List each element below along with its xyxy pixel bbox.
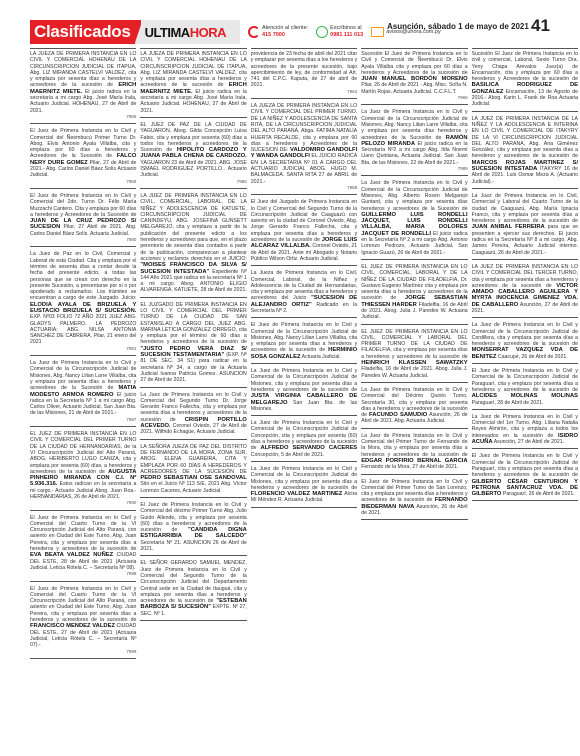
legal-notice: LA JUEZA DE PRIMERA INSTANCIA EN LO CIVI… bbox=[140, 48, 246, 118]
newspaper-logo[interactable]: ULTIMAHORA bbox=[135, 20, 240, 44]
legal-notice: La Juez de Primera Instancia en lo Civil… bbox=[30, 358, 136, 427]
notice-tail: Actuaria Judicial. bbox=[302, 354, 341, 360]
notice-text: LA JUEZA DE PRIMERA INSTANCIA EN LO CIVI… bbox=[251, 103, 357, 153]
legal-notice: El Juez de Primera Instancia en lo Civil… bbox=[30, 584, 136, 659]
legal-notice: La Juez de Primera Instancia en lo Civil… bbox=[361, 385, 467, 429]
legal-notice: El Juez de Primera Instancia en lo Civil… bbox=[30, 191, 136, 247]
notice-text: providencia de 23 fecha de abril del 202… bbox=[251, 51, 357, 88]
notice-tail: Sito en el Juicio Nº 113 S/E, 2021 Abg. … bbox=[140, 481, 246, 493]
notice-tail: Paraguarí, 26 de Abril de 2021. bbox=[503, 491, 575, 497]
legal-notice: La Juez de Primera Instancia en lo Civil… bbox=[361, 107, 467, 176]
notice-text: La Juez de Primera Instancia en lo Civil… bbox=[361, 180, 467, 211]
notice-tail: Filadelfia, 16 de Abril de 2021. Abog. J… bbox=[361, 366, 467, 378]
legal-notice: LA JUEZA DE PRIMERA INSTANCIA EN LO CIVI… bbox=[30, 48, 136, 124]
notice-text: La Juez de Primera Instancia en lo Civil… bbox=[472, 193, 578, 224]
contact-whatsapp-number: 0981 111 013 bbox=[330, 32, 363, 38]
column-2: LA JUEZA DE PRIMERA INSTANCIA EN LO CIVI… bbox=[140, 48, 246, 661]
notice-code: 7980 bbox=[30, 237, 136, 243]
notice-code: 7964 bbox=[251, 89, 357, 95]
notice-text: LA JUEZ DE PRIMERA INSTANCIA EN LO CIVIL… bbox=[140, 193, 246, 262]
notice-text: La Juez de Primera Instancia en lo Civil… bbox=[361, 433, 467, 458]
publication-date: Asunción, sábado 1 de mayo de 2021 bbox=[387, 22, 529, 31]
notice-text: LA JUEZ DE PRIMERA INSTANCIA DE LA NIÑEZ… bbox=[472, 116, 578, 160]
notice-name: ALFREDO SERVANDO CACERES bbox=[260, 445, 357, 451]
notice-tail: Paraguarí, 28 de Abril de 2021. bbox=[472, 400, 544, 406]
notice-code: 7988 bbox=[140, 179, 246, 185]
notice-code: 7989 bbox=[361, 166, 467, 172]
notice-code: 7998 bbox=[30, 571, 136, 577]
legal-notice: LA JUEZA DE PRIMERA INSTANCIA EN LO CIVI… bbox=[251, 101, 357, 195]
column-1: LA JUEZA DE PRIMERA INSTANCIA EN LO CIVI… bbox=[30, 48, 136, 661]
notice-name: JUAN ANIBAL FERREIRA bbox=[472, 224, 545, 230]
notice-code: 7981 bbox=[30, 346, 136, 352]
notice-text: La Juez de Primera Instancia en lo Civil… bbox=[472, 322, 578, 347]
notice-code: 7987 bbox=[30, 417, 136, 423]
legal-notice: EL JUEZ DE PRIMERA INSTANCIA EN LO CIVIL… bbox=[361, 327, 467, 383]
notice-tail: Asunción, 27 de Abril de 2021. bbox=[494, 439, 564, 445]
legal-notice: La Juez de Primera Instancia en lo Civil… bbox=[251, 366, 357, 416]
legal-notice: EL JUZGADO DE PRIMERA INSTANCIA EN LO CI… bbox=[140, 300, 246, 388]
page-number: 41 bbox=[531, 16, 550, 36]
notice-text: La Juez de Paz en lo Civil, Comercial y … bbox=[30, 251, 136, 301]
legal-notice: La Juez de Primera Instancia en lo Civil… bbox=[472, 320, 578, 364]
notice-name: JUAN MANUEL BORDÓN MORENO bbox=[361, 76, 467, 82]
contact-phone[interactable]: Atención al cliente:415 7000 bbox=[248, 25, 308, 39]
notice-name: FACUNDO SAMUDIO bbox=[369, 412, 427, 418]
legal-notice: La Juez de Primera Instancia en lo Civil… bbox=[251, 418, 357, 462]
notice-code: 7965 bbox=[30, 114, 136, 120]
phone-icon bbox=[248, 26, 260, 38]
notice-name: ELODIA AYALA DE BRIZUELA Y EUSTACIO BRIZ… bbox=[30, 302, 136, 314]
legal-notice: La Juez de Primera Instancia en lo Civil… bbox=[361, 431, 467, 475]
legal-notice: providencia de 23 fecha de abril del 202… bbox=[251, 48, 357, 99]
column-3: providencia de 23 fecha de abril del 202… bbox=[251, 48, 357, 661]
notice-text: EL JUZGADO DE PRIMERA INSTANCIA EN LO CI… bbox=[140, 302, 246, 346]
legal-notice: EL SEÑOR GERARDO SAMUEL MENDEZ, Juez de … bbox=[140, 558, 246, 621]
legal-notice: LA JUEZ DE PRIMERA INSTANCIA DE LA NIÑEZ… bbox=[472, 114, 578, 189]
legal-notice: El Juez de Primera Instancia en lo Civil… bbox=[30, 126, 136, 189]
contact-whatsapp[interactable]: Escríbinos al0981 111 013 bbox=[316, 25, 363, 39]
notice-text: EL JUEZ DE PRIMERA INSTANCIA EN LO CIVIL… bbox=[361, 329, 467, 360]
contact-phone-label: Atención al cliente: bbox=[262, 25, 308, 32]
notice-tail: Caacupé, 26 de Abril de 2021. bbox=[498, 354, 568, 360]
section-title: Clasificados bbox=[30, 20, 141, 44]
notice-tail: YAGUARON 23 de Abril de 2021. ABG. JOSE … bbox=[140, 160, 246, 179]
notice-code: 7968 bbox=[251, 185, 357, 191]
logo-ultima: ULTIMA bbox=[145, 25, 190, 40]
legal-notice: La Juez de Primera Instancia en lo Civil… bbox=[251, 464, 357, 508]
notice-text: El Juez de Primera Instancia en lo Civil… bbox=[30, 515, 136, 552]
mail-icon bbox=[371, 27, 384, 37]
notice-name: ALCIDES MOLINAS MOLINAS bbox=[472, 393, 578, 399]
legal-notice: La Juez de Primera Instancia en lo Civil… bbox=[472, 412, 578, 449]
legal-notice: El Juez de Primera Instancia en lo Civil… bbox=[140, 500, 246, 556]
legal-notice: Sucesión El Juez de Primera Instancia en… bbox=[472, 48, 578, 112]
legal-notice: El Juez de Primera Instancia en lo Civil… bbox=[30, 513, 136, 582]
notice-tail: Fernando de la Mora, 27 de Abril de 2021… bbox=[361, 464, 458, 470]
legal-notice: La Juez de Primera Instancia en lo Civil… bbox=[140, 390, 246, 440]
classifieds-columns: LA JUEZA DE PRIMERA INSTANCIA EN LO CIVI… bbox=[30, 48, 578, 661]
notice-text: Sucesión El Juez de Primera Instancia en… bbox=[361, 51, 467, 76]
notice-tail: Secretaría Nº 21. ASUNCION 26 de Abril d… bbox=[140, 540, 246, 552]
column-4: Sucesión El Juez de Primera Instancia en… bbox=[361, 48, 467, 661]
notice-text: El Juez de Primera Instancia en lo Civil… bbox=[30, 586, 136, 623]
legal-notice: El Juez de Primera Instancia en lo Civil… bbox=[251, 320, 357, 364]
notice-tail: Concepción, 5 de Abril de 2021. bbox=[251, 452, 325, 458]
notice-text: La Juez de Primera Instancia en lo Civil… bbox=[251, 466, 357, 491]
notice-text: El Juez de Primera Instancia en lo Civil… bbox=[472, 368, 578, 393]
logo-hora: HORA bbox=[190, 25, 226, 40]
notice-text: Sucesión El Juez de Primera Instancia en… bbox=[472, 51, 578, 82]
legal-notice: El Juez del Juzgado de Primera Instancia… bbox=[251, 197, 357, 266]
notice-code: 7969 bbox=[30, 179, 136, 185]
notice-name: EVA BEATA VALDEZ NUÑEZ bbox=[30, 552, 113, 558]
legal-notice: EL JUEZ DE PRIMERA INSTANCIA EN LO CIVIL… bbox=[30, 429, 136, 511]
notice-name: PEDRO SEBASTIAN OSE SANDOVAL bbox=[140, 475, 246, 481]
legal-notice: LA SEÑORA JUEZA DE PAZ DEL DISTRITO DE F… bbox=[140, 442, 246, 498]
legal-notice: Sucesión El Juez de Primera Instancia en… bbox=[361, 48, 467, 105]
notice-tail: EXP. Nº03 FOLIO 72 AÑO 2021 JUEZ ABG. GL… bbox=[30, 314, 136, 345]
legal-notice: La Juez de Paz en lo Civil, Comercial y … bbox=[30, 249, 136, 356]
notice-text: LA SEÑORA JUEZA DE PAZ DEL DISTRITO DE F… bbox=[140, 444, 246, 475]
notice-tail: Pilar, 26 de Abril de 2021 - Abg. Misc. … bbox=[361, 82, 467, 94]
contact-whatsapp-label: Escríbinos al bbox=[330, 25, 363, 32]
legal-notice: LA JUEZ DE PRIMERA INSTANCIA EN LO CIVIL… bbox=[472, 262, 578, 318]
notice-text: La Juez de Primera Instancia en lo Civil… bbox=[251, 368, 357, 393]
whatsapp-icon bbox=[316, 26, 328, 38]
notice-text: El Juez de Primera Instancia en lo Civil… bbox=[472, 453, 578, 478]
legal-notice: El Juez de Primera Instancia en lo Civil… bbox=[472, 451, 578, 501]
notice-code: 7999 bbox=[30, 649, 136, 655]
notice-text: El Juez de Primera Instancia en lo Civil… bbox=[30, 193, 136, 218]
legal-notice: EL JUEZ DE PAZ DE LA CIUDAD DE YAGUARON,… bbox=[140, 120, 246, 189]
legal-notice: La Juez de Primera Instancia en lo Civil… bbox=[472, 191, 578, 260]
notice-name: EDGAR PORFIRIO BERNAL GARCIA bbox=[361, 458, 467, 464]
notice-code: 7990 bbox=[30, 500, 136, 506]
column-5: Sucesión El Juez de Primera Instancia en… bbox=[472, 48, 578, 661]
notice-name: HEINRICH KLASSEN SAWATZKY bbox=[361, 360, 467, 366]
notice-code: 7966 bbox=[361, 95, 467, 101]
legal-notice: El Juez de Primera Instancia en lo Civil… bbox=[361, 477, 467, 521]
legal-notice: El Juez de Primera Instancia en lo Civil… bbox=[472, 366, 578, 410]
legal-notice: La Juez de Primera Instancia en lo Civil… bbox=[361, 178, 467, 260]
legal-notice: EL JUEZ DE PRIMERA INSTANCIA EN LO CIVIL… bbox=[361, 262, 467, 325]
legal-notice: LA JUEZ DE PRIMERA INSTANCIA EN LO CIVIL… bbox=[140, 191, 246, 298]
notice-name: FRANCISCO MENDEZ VALDEZ bbox=[30, 623, 115, 629]
notice-name: FLORENCIO VALDEZ MARTINEZ bbox=[251, 491, 343, 497]
contact-phone-number: 415 7000 bbox=[262, 32, 285, 38]
legal-notice: La Jueza de Primera Instancia en lo Civi… bbox=[251, 268, 357, 318]
